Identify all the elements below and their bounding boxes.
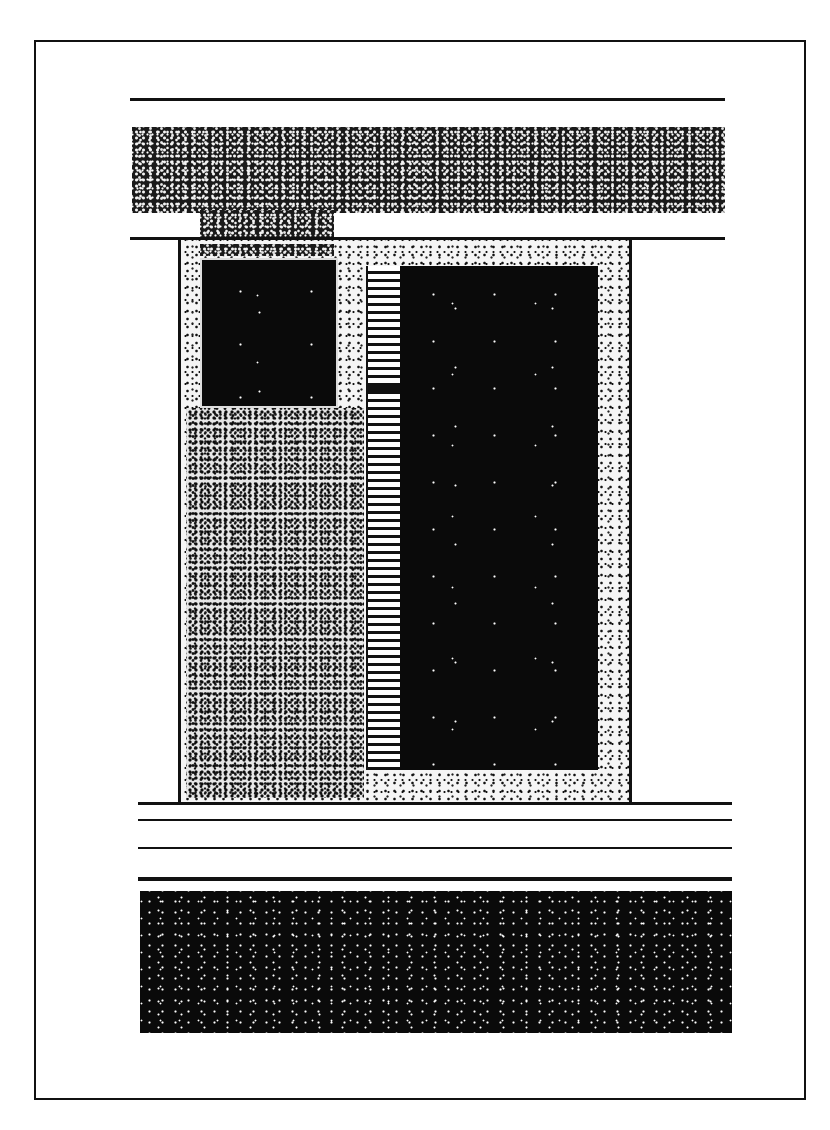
top-rule bbox=[130, 98, 725, 101]
footer-panel bbox=[140, 891, 732, 1033]
side-panel bbox=[186, 408, 364, 798]
status-rule-3 bbox=[138, 847, 732, 849]
main-viewport bbox=[400, 266, 598, 770]
status-rule-4 bbox=[138, 877, 732, 881]
scrollbar-thumb-divider[interactable] bbox=[368, 384, 400, 392]
status-rule-2 bbox=[138, 819, 732, 821]
title-tab bbox=[200, 210, 334, 238]
title-bar bbox=[132, 127, 725, 213]
thumbnail-header bbox=[200, 244, 334, 256]
scrollbar[interactable] bbox=[366, 266, 402, 770]
thumbnail-pane bbox=[200, 258, 338, 408]
status-rule-1 bbox=[138, 802, 732, 805]
